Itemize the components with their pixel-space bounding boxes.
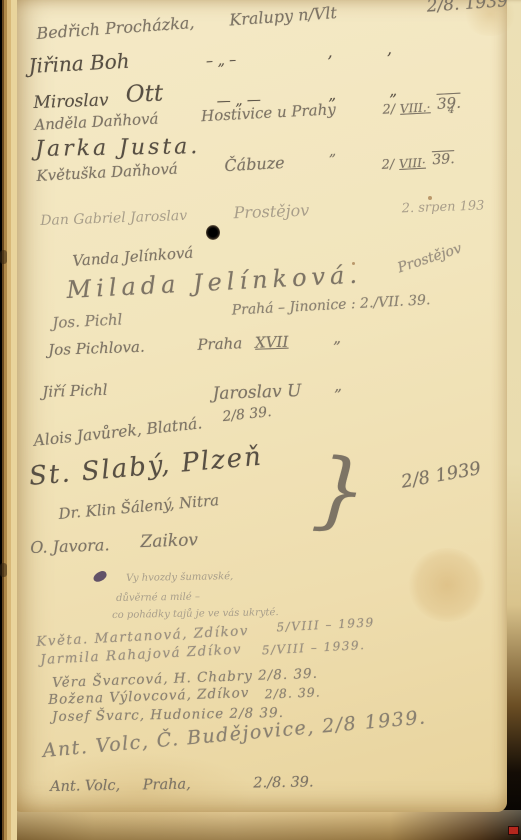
entry-text-part: Jiřina Boh xyxy=(28,51,130,76)
ditto-mark: ‚ xyxy=(386,41,392,57)
binding-stitch xyxy=(0,250,7,264)
entry-text-part: Jos Pichlova. xyxy=(48,340,145,358)
entry-text-part: Jarka Justa. xyxy=(35,136,200,161)
entry-text-part: Jaroslav U xyxy=(212,383,301,403)
entry-date-part: VIII· xyxy=(399,157,426,170)
entry-text-part: Praha, xyxy=(143,778,191,793)
book-bottom-edge xyxy=(0,810,521,840)
entry-text-part: Jos. Pichl xyxy=(52,312,123,331)
entry-text-part: Čábuze xyxy=(224,155,285,174)
entry-text-part: 4 xyxy=(448,106,454,116)
entry-text-part: } xyxy=(310,446,369,534)
entry-text-part: XVII xyxy=(255,335,289,351)
entry-date-part: 2/ xyxy=(381,158,394,172)
book-binding xyxy=(0,0,17,840)
ditto-mark: „ xyxy=(333,331,341,346)
entry-text-part: Prostějov xyxy=(233,203,309,222)
entry-date-part: 2/8 39. xyxy=(222,405,272,424)
entry-date-part: 5/VIII – 1939 xyxy=(276,616,375,633)
poem-text: Vy hvozdy šumavské, xyxy=(126,572,233,584)
poem-line-1: Vy hvozdy šumavské, xyxy=(126,572,233,584)
ditto-mark: „ xyxy=(328,144,336,158)
entry-text-part: O. Javora. xyxy=(30,537,110,556)
entry-text-part: Miroslav xyxy=(33,92,109,112)
entry-text-part: Jiří Pichl xyxy=(42,383,108,400)
poem-line-2: důvěrné a milé – xyxy=(116,593,200,604)
ditto-mark: „ xyxy=(334,379,342,394)
ditto-mark: ‚ xyxy=(327,44,333,60)
entry-text-part: Zaikov xyxy=(140,532,198,551)
entry-jarka-justa: Jarka Justa. xyxy=(35,136,200,161)
punched-hole xyxy=(206,225,220,240)
entry-text-part: Praha xyxy=(197,336,242,353)
entry-text-part: Ott xyxy=(125,82,163,106)
mark-four: 4 xyxy=(448,106,454,116)
entry-date-part: 2/8. 39. xyxy=(265,686,321,700)
entry-date-part: VIII.· xyxy=(400,101,431,115)
ditto-mark: – „ – xyxy=(206,53,237,69)
entry-date-part: 39. xyxy=(432,152,455,167)
entry-date-part: 2. srpen 193 xyxy=(402,199,485,215)
entry-date-part: 2/ xyxy=(382,103,395,117)
brace-mark: } xyxy=(310,446,369,534)
poem-text: důvěrné a milé – xyxy=(116,593,200,604)
entry-date-part: 2./8. 39. xyxy=(253,775,313,791)
guestbook-scan: Bedřich Procházka, Kralupy n/Vlt 2/8. 19… xyxy=(0,0,521,840)
red-tab xyxy=(508,826,519,835)
entry-text-part: Ant. Volc, xyxy=(50,779,120,795)
binding-stitch xyxy=(0,563,7,577)
